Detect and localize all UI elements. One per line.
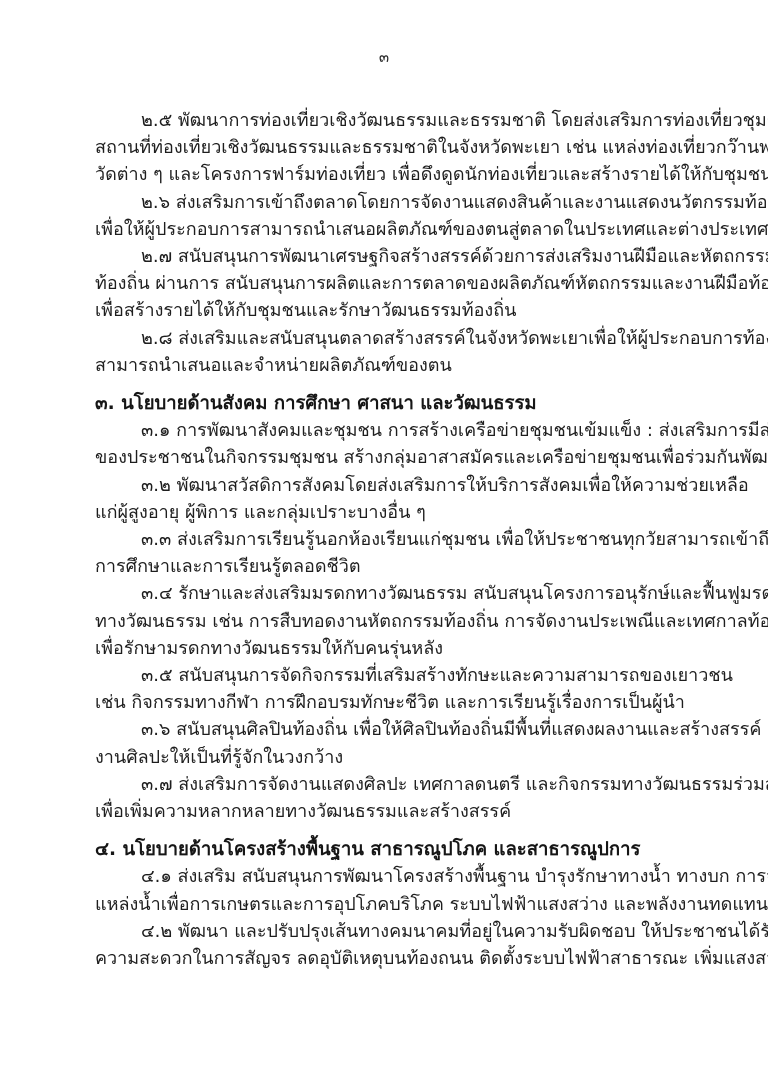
- text-line: ๒.๗ สนับสนุนการพัฒนาเศรษฐกิจสร้างสรรค์ด้…: [95, 243, 695, 270]
- paragraph: ๒.๕ พัฒนาการท่องเที่ยวเชิงวัฒนธรรมและธรร…: [95, 107, 695, 189]
- text-line: ๔.๑ ส่งเสริม สนับสนุนการพัฒนาโครงสร้างพื…: [95, 863, 695, 890]
- paragraph: ๓.๑ การพัฒนาสังคมและชุมชน การสร้างเครือข…: [95, 417, 695, 471]
- paragraph: ๓.๓ ส่งเสริมการเรียนรู้นอกห้องเรียนแก่ชุ…: [95, 526, 695, 580]
- page-number: ๓: [0, 45, 768, 69]
- text-line: ๓.๕ สนับสนุนการจัดกิจกรรมที่เสริมสร้างทั…: [95, 662, 695, 689]
- document-page: ๓ ๒.๕ พัฒนาการท่องเที่ยวเชิงวัฒนธรรมและธ…: [0, 0, 768, 1086]
- paragraph: ๒.๖ ส่งเสริมการเข้าถึงตลาดโดยการจัดงานแส…: [95, 189, 695, 243]
- paragraph: ๒.๗ สนับสนุนการพัฒนาเศรษฐกิจสร้างสรรค์ด้…: [95, 243, 695, 325]
- text-line: ท้องถิ่น ผ่านการ สนับสนุนการผลิตและการตล…: [95, 270, 695, 297]
- text-line: ของประชาชนในกิจกรรมชุมชน สร้างกลุ่มอาสาส…: [95, 444, 695, 471]
- text-line: ๓.๒ พัฒนาสวัสดิการสังคมโดยส่งเสริมการให้…: [95, 472, 695, 499]
- text-line: ๒.๘ ส่งเสริมและสนับสนุนตลาดสร้างสรรค์ในจ…: [95, 325, 695, 352]
- paragraph: ๓.๗ ส่งเสริมการจัดงานแสดงศิลปะ เทศกาลดนต…: [95, 771, 695, 825]
- text-line: การศึกษาและการเรียนรู้ตลอดชีวิต: [95, 553, 695, 580]
- text-line: สามารถนำเสนอและจำหน่ายผลิตภัณฑ์ของตน: [95, 352, 695, 379]
- text-line: ๓.๖ สนับสนุนศิลปินท้องถิ่น เพื่อให้ศิลปิ…: [95, 716, 695, 743]
- text-line: ทางวัฒนธรรม เช่น การสืบทอดงานหัตถกรรมท้อ…: [95, 608, 695, 635]
- paragraph: ๓.๕ สนับสนุนการจัดกิจกรรมที่เสริมสร้างทั…: [95, 662, 695, 716]
- paragraph: ๓.๔ รักษาและส่งเสริมมรดกทางวัฒนธรรม สนับ…: [95, 580, 695, 662]
- text-line: ๓.๓ ส่งเสริมการเรียนรู้นอกห้องเรียนแก่ชุ…: [95, 526, 695, 553]
- text-line: สถานที่ท่องเที่ยวเชิงวัฒนธรรมและธรรมชาติ…: [95, 134, 695, 161]
- text-line: ๓.๗ ส่งเสริมการจัดงานแสดงศิลปะ เทศกาลดนต…: [95, 771, 695, 798]
- text-line: งานศิลปะให้เป็นที่รู้จักในวงกว้าง: [95, 744, 695, 771]
- text-line: เพื่อรักษามรดกทางวัฒนธรรมให้กับคนรุ่นหลั…: [95, 635, 695, 662]
- text-line: วัดต่าง ๆ และโครงการฟาร์มท่องเที่ยว เพื่…: [95, 161, 695, 188]
- text-line: เพื่อสร้างรายได้ให้กับชุมชนและรักษาวัฒนธ…: [95, 297, 695, 324]
- text-line: ๓.๑ การพัฒนาสังคมและชุมชน การสร้างเครือข…: [95, 417, 695, 444]
- document-content: ๒.๕ พัฒนาการท่องเที่ยวเชิงวัฒนธรรมและธรร…: [95, 107, 695, 972]
- text-line: แหล่งน้ำเพื่อการเกษตรและการอุปโภคบริโภค …: [95, 891, 695, 918]
- paragraph: ๓.๖ สนับสนุนศิลปินท้องถิ่น เพื่อให้ศิลปิ…: [95, 716, 695, 770]
- text-line: ๔.๒ พัฒนา และปรับปรุงเส้นทางคมนาคมที่อยู…: [95, 918, 695, 945]
- paragraph: ๔.๑ ส่งเสริม สนับสนุนการพัฒนาโครงสร้างพื…: [95, 863, 695, 917]
- text-line: แก่ผู้สูงอายุ ผู้พิการ และกลุ่มเปราะบางอ…: [95, 499, 695, 526]
- text-line: เพื่อให้ผู้ประกอบการสามารถนำเสนอผลิตภัณฑ…: [95, 216, 695, 243]
- text-line: เพื่อเพิ่มความหลากหลายทางวัฒนธรรมและสร้า…: [95, 798, 695, 825]
- text-line: เช่น กิจกรรมทางกีฬา การฝึกอบรมทักษะชีวิต…: [95, 689, 695, 716]
- section-heading: ๔. นโยบายด้านโครงสร้างพื้นฐาน สาธารณูปโภ…: [95, 836, 695, 863]
- text-line: ความสะดวกในการสัญจร ลดอุบัติเหตุบนท้องถน…: [95, 945, 695, 972]
- paragraph: ๓.๒ พัฒนาสวัสดิการสังคมโดยส่งเสริมการให้…: [95, 472, 695, 526]
- section-heading: ๓. นโยบายด้านสังคม การศึกษา ศาสนา และวัฒ…: [95, 390, 695, 417]
- text-line: ๓.๔ รักษาและส่งเสริมมรดกทางวัฒนธรรม สนับ…: [95, 580, 695, 607]
- text-line: ๒.๕ พัฒนาการท่องเที่ยวเชิงวัฒนธรรมและธรร…: [95, 107, 695, 134]
- paragraph: ๔.๒ พัฒนา และปรับปรุงเส้นทางคมนาคมที่อยู…: [95, 918, 695, 972]
- paragraph: ๒.๘ ส่งเสริมและสนับสนุนตลาดสร้างสรรค์ในจ…: [95, 325, 695, 379]
- text-line: ๒.๖ ส่งเสริมการเข้าถึงตลาดโดยการจัดงานแส…: [95, 189, 695, 216]
